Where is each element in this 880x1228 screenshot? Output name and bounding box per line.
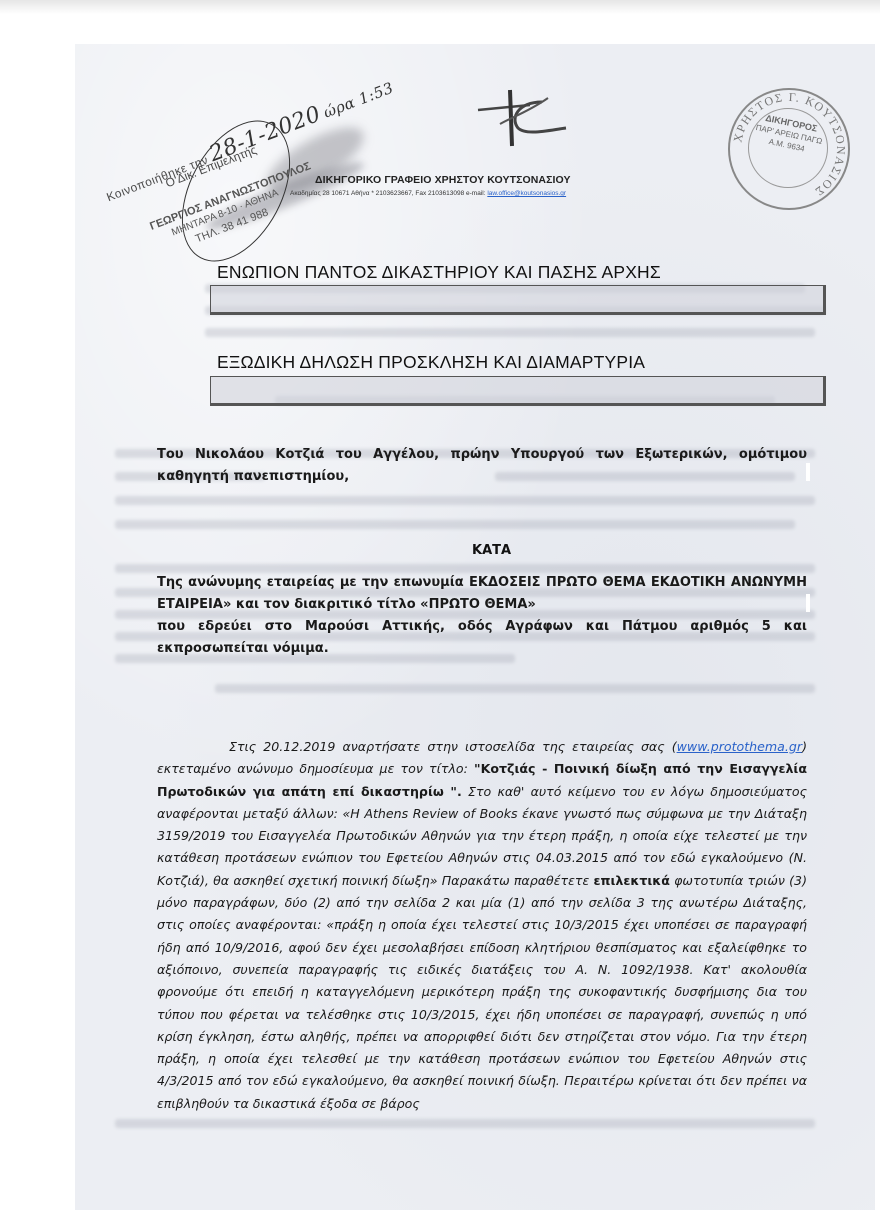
against-label: ΚΑΤΑ bbox=[472, 543, 511, 558]
letterhead: ΔΙΚΗΓΟΡΙΚΟ ΓΡΑΦΕΙΟ ΧΡΗΣΤΟΥ ΚΟΥΤΣΟΝΑΣΙΟΥ … bbox=[290, 174, 571, 197]
firm-email-link[interactable]: law.office@koutsonasios.gr bbox=[487, 190, 566, 197]
claimant-paragraph: Του Νικολάου Κοτζιά του Αγγέλου, πρώην Υ… bbox=[157, 444, 807, 488]
scan-artifact bbox=[806, 463, 810, 481]
heading-box bbox=[210, 285, 826, 315]
protothema-link[interactable]: www.protothema.gr bbox=[677, 739, 802, 754]
firm-address-phone: Ακαδημίας 28 10671 Αθήνα * 2103623667, F… bbox=[290, 190, 486, 197]
body-quote-continued: φωτοτυπία τριών (3) μόνο παραγράφων, δύο… bbox=[157, 873, 807, 1111]
firm-name: ΔΙΚΗΓΟΡΙΚΟ ΓΡΑΦΕΙΟ ΧΡΗΣΤΟΥ ΚΟΥΤΣΟΝΑΣΙΟΥ bbox=[290, 174, 571, 186]
emphasized-word: επιλεκτικά bbox=[594, 873, 670, 888]
kx-monogram-logo bbox=[470, 88, 570, 148]
viewer-top-edge bbox=[0, 0, 880, 14]
heading-extrajudicial-declaration: ΕΞΩΔΙΚΗ ΔΗΛΩΣΗ ΠΡΟΣΚΛΗΣΗ ΚΑΙ ΔΙΑΜΑΡΤΥΡΙΑ bbox=[217, 352, 645, 373]
scan-artifact bbox=[806, 594, 810, 612]
respondent-paragraph: Της ανώνυμης εταιρείας με την επωνυμία Ε… bbox=[157, 572, 807, 616]
firm-contact-line: Ακαδημίας 28 10671 Αθήνα * 2103623667, F… bbox=[290, 190, 571, 197]
heading-before-any-court: ΕΝΩΠΙΟΝ ΠΑΝΤΟΣ ΔΙΚΑΣΤΗΡΙΟΥ ΚΑΙ ΠΑΣΗΣ ΑΡΧ… bbox=[217, 262, 661, 283]
body-intro: Στις 20.12.2019 αναρτήσατε στην ιστοσελί… bbox=[229, 739, 677, 754]
body-paragraph: Στις 20.12.2019 αναρτήσατε στην ιστοσελί… bbox=[157, 736, 807, 1115]
lawyer-seal: ΧΡΗΣΤΟΣ Γ. ΚΟΥΤΣΟΝΑΣΙΟΣ ΔΙΚΗΓΟΡΟΣ ΠΑΡ' Α… bbox=[728, 88, 850, 210]
handwritten-time: ώρα 1:53 bbox=[321, 79, 396, 122]
respondent-address-paragraph: που εδρεύει στο Μαρούσι Αττικής, οδός Αγ… bbox=[157, 616, 807, 660]
heading-box bbox=[210, 376, 826, 406]
